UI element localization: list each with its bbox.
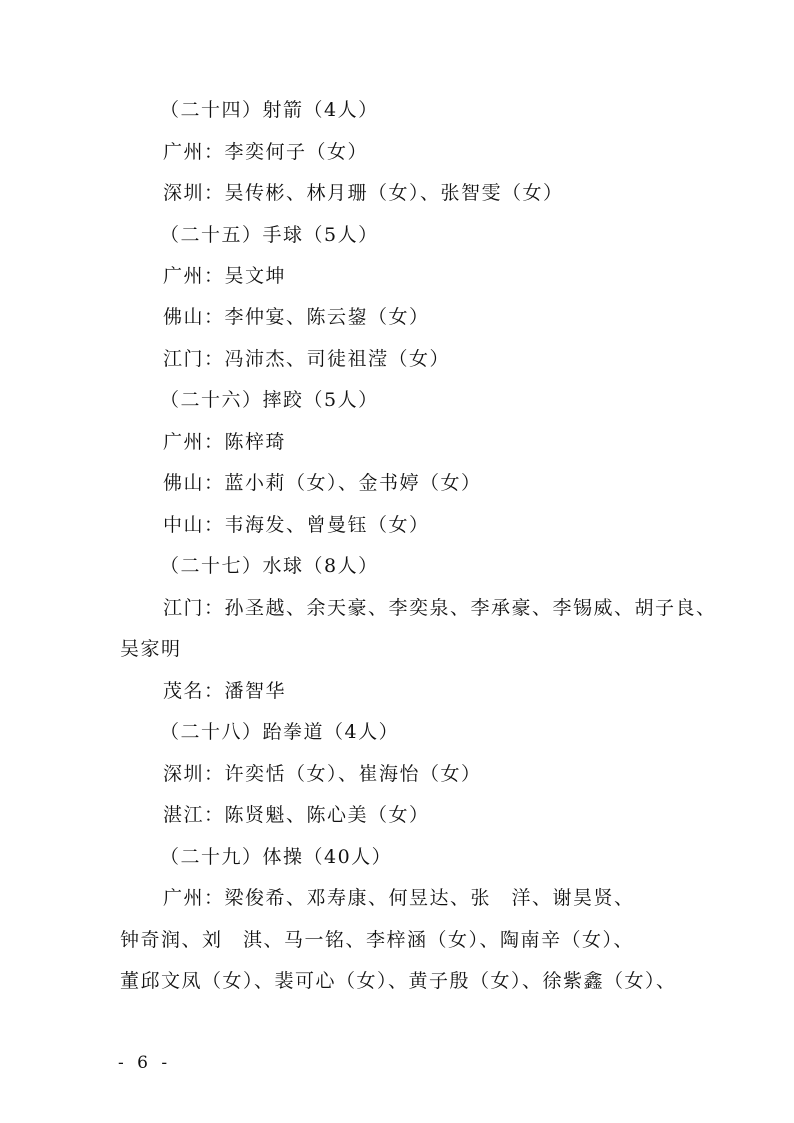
entry-line-continuation: 吴家明 (120, 637, 182, 661)
entry-line-continuation: 钟奇润、刘 淇、马一铭、李梓涵（女）、陶南辛（女）、 (120, 928, 634, 952)
entry-line: 深圳：许奕恬（女）、崔海怡（女） (163, 762, 482, 786)
entry-line: 广州：陈梓琦 (163, 430, 286, 454)
page-number: - 6 - (118, 1052, 171, 1074)
entry-line-continuation: 董邱文凤（女）、裴可心（女）、黄子殷（女）、徐紫鑫（女）、 (120, 969, 677, 993)
entry-line: 江门：冯沛杰、司徒祖滢（女） (163, 347, 450, 371)
section-heading-archery: （二十四）射箭（4人） (160, 98, 379, 122)
entry-line: 江门：孙圣越、余天豪、李奕泉、李承豪、李锡威、胡子良、 (163, 596, 717, 620)
entry-line: 广州：吴文坤 (163, 264, 286, 288)
entry-line: 广州：李奕何子（女） (163, 140, 368, 164)
entry-line: 湛江：陈贤魁、陈心美（女） (163, 803, 430, 827)
section-heading-water-polo: （二十七）水球（8人） (160, 554, 379, 578)
section-heading-handball: （二十五）手球（5人） (160, 223, 379, 247)
entry-line: 佛山：李仲宴、陈云鋆（女） (163, 305, 430, 329)
section-heading-wrestling: （二十六）摔跤（5人） (160, 388, 379, 412)
entry-line: 深圳：吴传彬、林月珊（女）、张智雯（女） (163, 181, 564, 205)
entry-line: 佛山：蓝小莉（女）、金书婷（女） (163, 471, 482, 495)
entry-line: 广州：梁俊希、邓寿康、何昱达、张 洋、谢昊贤、 (163, 886, 635, 910)
document-page: （二十四）射箭（4人） 广州：李奕何子（女） 深圳：吴传彬、林月珊（女）、张智雯… (0, 0, 794, 1123)
entry-line: 茂名：潘智华 (163, 679, 286, 703)
section-heading-gymnastics: （二十九）体操（40人） (160, 845, 392, 869)
section-heading-taekwondo: （二十八）跆拳道（4人） (160, 720, 399, 744)
entry-line: 中山：韦海发、曾曼钰（女） (163, 513, 430, 537)
